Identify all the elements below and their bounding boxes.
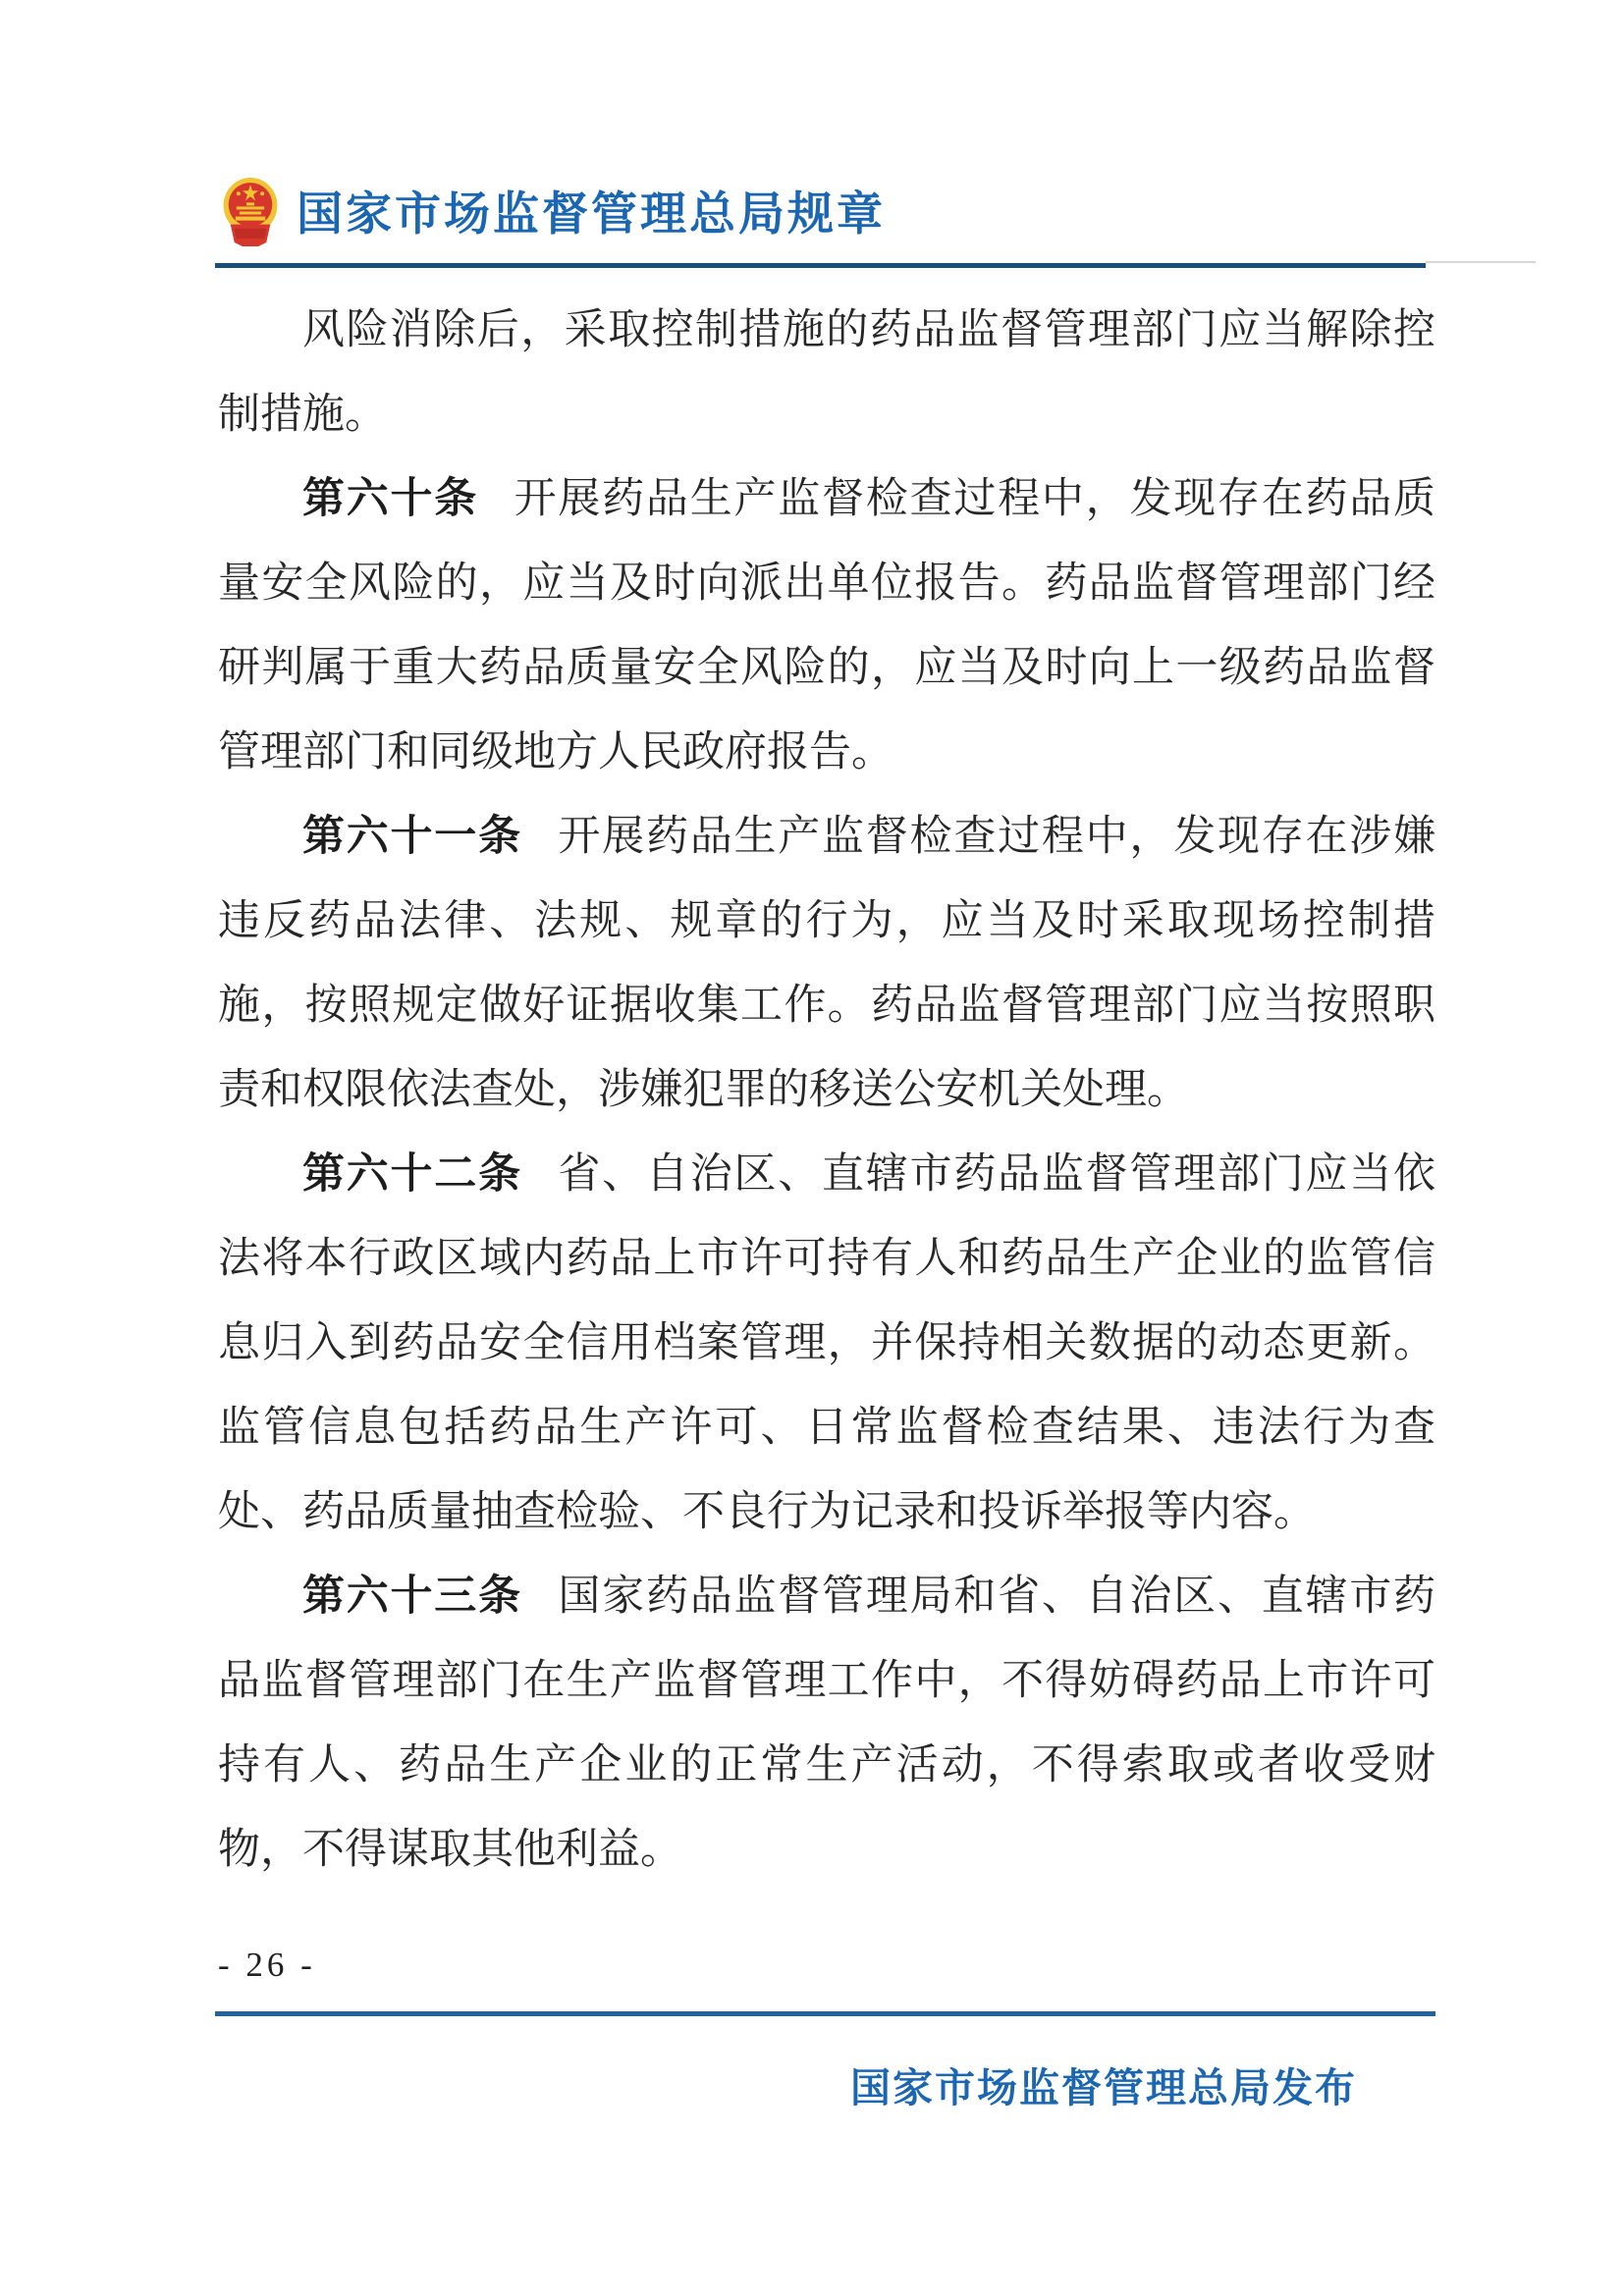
paragraph: 第六十条开展药品生产监督检查过程中，发现存在药品质量安全风险的，应当及时向派出单… bbox=[218, 457, 1435, 795]
article-number: 第六十条 bbox=[302, 476, 478, 522]
paragraph-text: 风险消除后，采取控制措施的药品监督管理部门应当解除控制措施。 bbox=[218, 307, 1435, 438]
publisher-label: 国家市场监督管理总局发布 bbox=[850, 2056, 1357, 2113]
paragraph: 风险消除后，采取控制措施的药品监督管理部门应当解除控制措施。 bbox=[218, 289, 1435, 457]
article-number: 第六十一条 bbox=[302, 814, 522, 860]
paragraph: 第六十一条开展药品生产监督检查过程中，发现存在涉嫌违反药品法律、法规、规章的行为… bbox=[218, 795, 1435, 1133]
paragraph: 第六十二条省、自治区、直辖市药品监督管理部门应当依法将本行政区域内药品上市许可持… bbox=[218, 1133, 1435, 1555]
document-body: 风险消除后，采取控制措施的药品监督管理部门应当解除控制措施。 第六十条开展药品生… bbox=[218, 289, 1435, 1893]
paragraph-text: 省、自治区、直辖市药品监督管理部门应当依法将本行政区域内药品上市许可持有人和药品… bbox=[218, 1151, 1435, 1535]
page-title: 国家市场监督管理总局规章 bbox=[297, 178, 886, 243]
document-page: 国家市场监督管理总局规章 风险消除后，采取控制措施的药品监督管理部门应当解除控制… bbox=[0, 0, 1624, 2296]
page-number: - 26 - bbox=[218, 1946, 316, 1985]
header-divider-shadow bbox=[1426, 261, 1536, 263]
header-divider bbox=[215, 263, 1426, 268]
footer-divider bbox=[215, 2011, 1435, 2016]
article-number: 第六十三条 bbox=[302, 1574, 522, 1620]
national-emblem-icon bbox=[220, 177, 281, 246]
article-number: 第六十二条 bbox=[302, 1151, 522, 1198]
paragraph: 第六十三条国家药品监督管理局和省、自治区、直辖市药品监督管理部门在生产监督管理工… bbox=[218, 1555, 1435, 1893]
